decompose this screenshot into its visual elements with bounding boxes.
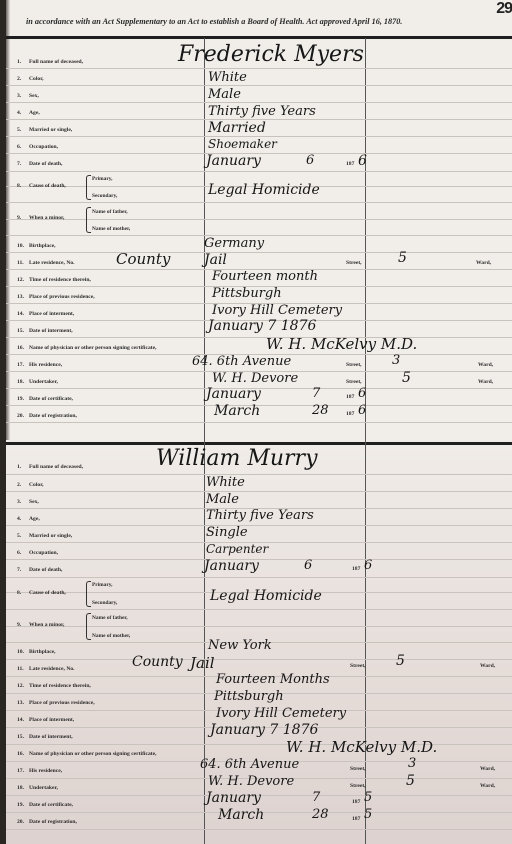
form-label: Street,	[346, 379, 362, 385]
interment-date-value: January 7 1876	[208, 318, 316, 334]
form-label: Street,	[346, 260, 362, 266]
form-label: 13.Place of previous residence,	[17, 294, 95, 300]
physician-ward: 3	[392, 353, 400, 368]
age-value: Thirty five Years	[206, 508, 314, 523]
birthplace-value: New York	[208, 638, 272, 653]
form-label: 3.Sex,	[17, 93, 39, 99]
interment-date-value: January 7 1876	[210, 722, 318, 738]
reg-year: 5	[364, 807, 372, 822]
form-label: 6.Occupation,	[17, 144, 58, 150]
form-label: Ward,	[480, 783, 495, 789]
cert-year: 5	[364, 790, 372, 805]
residence-ward: 5	[396, 653, 405, 669]
brace-mark	[86, 207, 91, 233]
form-label: 20.Date of registration,	[17, 413, 77, 419]
form-label: Ward,	[476, 260, 491, 266]
form-label: 4.Age,	[17, 110, 40, 116]
interment-place-value: Ivory Hill Cemetery	[216, 706, 346, 721]
act-header: in accordance with an Act Supplementary …	[26, 17, 402, 26]
residence-ward: 5	[398, 250, 407, 266]
form-label: Secondary,	[92, 600, 117, 606]
form-label: Secondary,	[92, 193, 117, 199]
form-row	[6, 525, 512, 543]
form-row	[6, 474, 512, 492]
form-label: 2.Color,	[17, 482, 44, 488]
form-label: 14.Place of interment,	[17, 311, 74, 317]
form-label: 11.Late residence, No.	[17, 666, 75, 672]
form-label: 17.His residence,	[17, 362, 62, 368]
form-label: 4.Age,	[17, 516, 40, 522]
color-value: White	[208, 70, 247, 85]
form-label: Street,	[350, 663, 366, 669]
residence-value: Jail	[204, 252, 227, 268]
form-label: 12.Time of residence therein,	[17, 277, 91, 283]
cert-month: January	[206, 790, 261, 806]
form-label: 2.Color,	[17, 76, 44, 82]
sex-value: Male	[208, 87, 241, 102]
form-label: 8.Cause of death,	[17, 183, 66, 189]
form-label: Ward,	[480, 663, 495, 669]
birthplace-value: Germany	[204, 236, 264, 251]
record-divider	[6, 442, 512, 445]
death-month: January	[204, 558, 259, 574]
form-row	[6, 68, 512, 86]
form-label: 187	[346, 394, 354, 400]
form-label: 187	[352, 816, 360, 822]
form-label: 19.Date of certificate,	[17, 396, 73, 402]
form-label: 10.Birthplace,	[17, 243, 56, 249]
form-label: Name of father,	[92, 209, 128, 215]
form-row	[6, 219, 512, 236]
top-rule	[6, 36, 512, 39]
form-label: 13.Place of previous residence,	[17, 700, 95, 706]
reg-month: March	[214, 403, 260, 419]
form-label: 14.Place of interment,	[17, 717, 74, 723]
undertaker-value: W. H. Devore	[212, 371, 298, 386]
form-label: Name of mother,	[92, 633, 130, 639]
form-label: 11.Late residence, No.	[17, 260, 75, 266]
death-year: 6	[358, 153, 367, 169]
form-row	[6, 559, 512, 578]
age-value: Thirty five Years	[208, 104, 316, 119]
form-label: 187	[352, 799, 360, 805]
form-label: 7.Date of death,	[17, 567, 62, 573]
death-month: January	[206, 153, 261, 169]
form-label: 6.Occupation,	[17, 550, 58, 556]
cert-day: 7	[312, 386, 320, 401]
field-label-1: 1.Full name of deceased,	[17, 59, 83, 65]
physician-ward: 3	[408, 756, 416, 771]
brace-mark	[86, 613, 91, 640]
form-label: Street,	[350, 783, 366, 789]
form-label: 12.Time of residence therein,	[17, 683, 91, 689]
form-label: 18.Undertaker,	[17, 379, 58, 385]
form-label: Street,	[346, 362, 362, 368]
form-label: 19.Date of certificate,	[17, 802, 73, 808]
form-label: 9.When a minor,	[17, 215, 64, 221]
time-residence-value: Fourteen Months	[216, 672, 330, 687]
form-label: Street,	[350, 766, 366, 772]
color-value: White	[206, 475, 245, 490]
form-label: Ward,	[478, 379, 493, 385]
form-row	[6, 252, 512, 270]
form-label: Name of mother,	[92, 226, 130, 232]
cert-day: 7	[312, 790, 320, 805]
full-name: William Murry	[156, 446, 318, 471]
prev-residence-value: Pittsburgh	[214, 689, 284, 704]
marital-value: Married	[208, 120, 266, 136]
prev-residence-value: Pittsburgh	[212, 286, 282, 301]
form-label: Ward,	[480, 766, 495, 772]
cause-of-death: Legal Homicide	[208, 182, 320, 198]
form-label: 3.Sex,	[17, 499, 39, 505]
undertaker-ward: 5	[402, 370, 411, 386]
form-label: 5.Married or single,	[17, 127, 72, 133]
reg-year: 6	[358, 403, 366, 418]
form-label: Primary,	[92, 176, 113, 182]
form-row	[6, 85, 512, 103]
death-year: 6	[364, 558, 372, 573]
cert-year: 6	[358, 386, 366, 401]
register-page: 29 in accordance with an Act Supplementa…	[6, 0, 512, 844]
form-label: 18.Undertaker,	[17, 785, 58, 791]
residence-value: Jail	[190, 654, 215, 672]
form-label: 187	[346, 411, 354, 417]
reg-day: 28	[312, 403, 329, 418]
residence-prefix: County	[132, 654, 183, 670]
page-number: 29	[496, 0, 512, 18]
form-label: 16.Name of physician or other person sig…	[17, 345, 157, 351]
form-label: Name of father,	[92, 615, 128, 621]
form-row	[6, 491, 512, 509]
occupation-value: Carpenter	[206, 542, 268, 556]
physician-residence-value: 64. 6th Avenue	[200, 757, 299, 772]
brace-mark	[86, 581, 91, 607]
sex-value: Male	[206, 492, 239, 507]
death-day: 6	[306, 153, 314, 168]
form-label: 187	[352, 566, 360, 572]
form-label: 15.Date of interment,	[17, 328, 73, 334]
form-row	[6, 609, 512, 627]
form-label: 15.Date of interment,	[17, 734, 73, 740]
form-label: 8.Cause of death,	[17, 590, 66, 596]
form-label: 9.When a minor,	[17, 622, 64, 628]
cert-month: January	[206, 386, 261, 402]
form-label: 7.Date of death,	[17, 161, 62, 167]
form-label: 1.Full name of deceased,	[17, 464, 83, 470]
full-name: Frederick Myers	[178, 42, 364, 67]
brace-mark	[86, 175, 91, 200]
form-label: 5.Married or single,	[17, 533, 72, 539]
reg-month: March	[218, 807, 264, 823]
form-label: 187	[346, 161, 354, 167]
form-label: 17.His residence,	[17, 768, 62, 774]
undertaker-ward: 5	[406, 773, 415, 789]
physician-residence-value: 64. 6th Avenue	[192, 354, 291, 369]
form-label: 20.Date of registration,	[17, 819, 77, 825]
undertaker-value: W. H. Devore	[208, 774, 294, 789]
occupation-value: Shoemaker	[208, 137, 277, 151]
marital-value: Single	[206, 525, 248, 540]
death-day: 6	[304, 558, 312, 573]
reg-day: 28	[312, 807, 329, 822]
interment-place-value: Ivory Hill Cemetery	[212, 303, 342, 318]
form-label: Ward,	[478, 362, 493, 368]
form-label: Primary,	[92, 582, 113, 588]
form-label: 16.Name of physician or other person sig…	[17, 751, 157, 757]
cause-of-death: Legal Homicide	[210, 588, 322, 604]
form-label: 10.Birthplace,	[17, 649, 56, 655]
physician-value: W. H. McKelvy M.D.	[266, 335, 417, 353]
time-residence-value: Fourteen month	[212, 269, 318, 284]
form-row	[6, 202, 512, 220]
residence-prefix: County	[116, 250, 170, 268]
physician-value: W. H. McKelvy M.D.	[286, 738, 437, 756]
